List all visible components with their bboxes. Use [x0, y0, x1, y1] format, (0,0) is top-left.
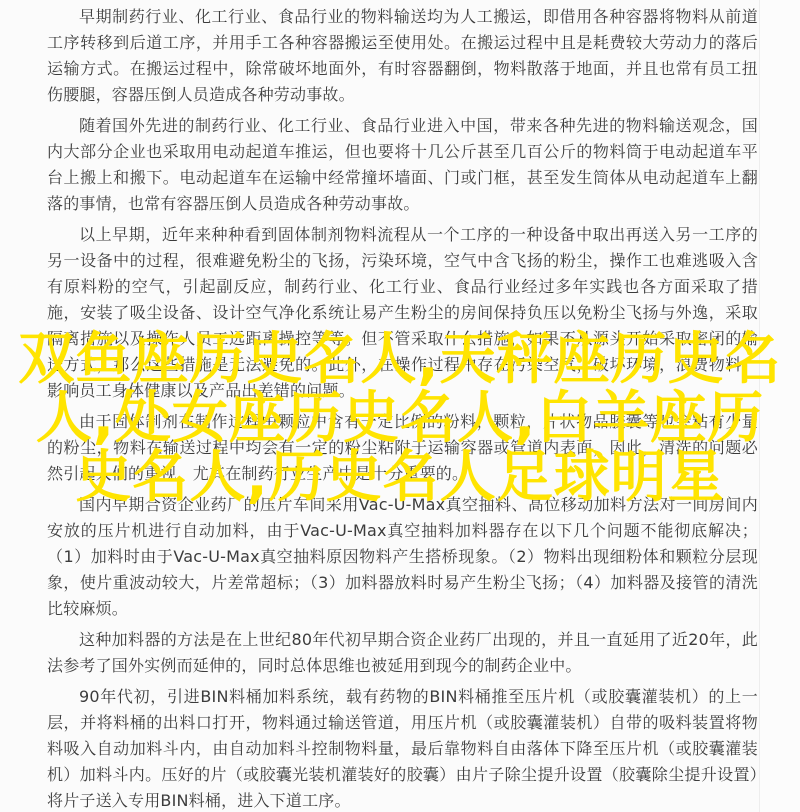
overlay-line[interactable]: 史名人,历史名人足球明星	[0, 448, 800, 507]
article-paragraph: 早期制药行业、化工行业、食品行业的物料输送均为人工搬运，即借用各种容器将物料从前…	[47, 4, 758, 108]
article-paragraph: 国内早期合资企业药厂的压片车间采用Vac-U-Max真空抽料、高位移动加料方法对…	[47, 492, 758, 622]
seo-overlay[interactable]: 双鱼座历史名人,天秤座历史名人,处女座历史名人,白羊座历史名人,历史名人足球明星	[0, 330, 800, 507]
overlay-line[interactable]: 人,处女座历史名人,白羊座历	[0, 389, 800, 448]
article-paragraph: 90年代初，引进BIN料桶加料系统，载有药物的BIN料桶推至压片机（或胶囊灌装机…	[47, 684, 758, 812]
overlay-line[interactable]: 双鱼座历史名人,天秤座历史名	[0, 330, 800, 389]
article-paragraph: 这种加料器的方法是在上世纪80年代初早期合资企业药厂出现的，并且一直延用了近20…	[47, 627, 758, 679]
article-paragraph: 随着国外先进的制药行业、化工行业、食品行业进入中国，带来各种先进的物料输送观念，…	[47, 113, 758, 217]
page: 早期制药行业、化工行业、食品行业的物料输送均为人工搬运，即借用各种容器将物料从前…	[0, 0, 800, 812]
